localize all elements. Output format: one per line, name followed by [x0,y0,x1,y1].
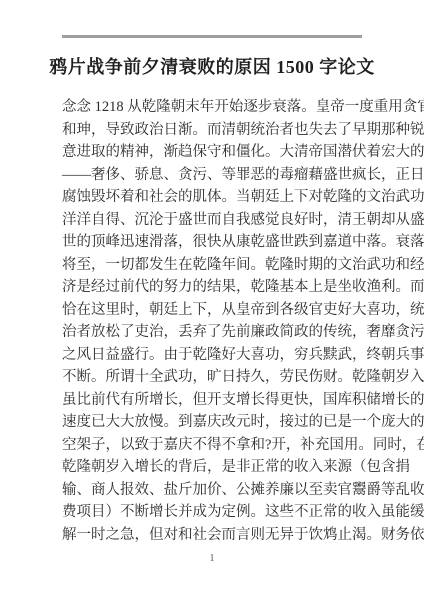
text-line: 治者放松了吏治，丢弃了先前廉政简政的传统，奢靡贪污 [62,321,363,344]
document-page: 鸦片战争前夕清衰败的原因 1500 字论文 念念 1218 从乾隆朝末年开始逐步… [0,0,424,600]
text-line: 洋洋自得、沉沦于盛世而自我感觉良好时，清王朝却从盛 [62,209,363,232]
text-line: 输、商人报效、盐斤加价、公摊养廉以至卖官鬻爵等乱收 [62,479,363,502]
text-line: 乾隆朝岁入增长的背后，是非正常的收入来源（包含捐 [62,456,363,479]
document-title: 鸦片战争前夕清衰败的原因 1500 字论文 [30,53,394,79]
text-line: 之风日益盛行。由于乾隆好大喜功，穷兵黩武，终朝兵事 [62,344,363,367]
text-line: 念念 1218 从乾隆朝末年开始逐步衰落。皇帝一度重用贪官 [62,96,363,119]
text-line: ——奢侈、骄息、贪污、等罪恶的毒瘤藉盛世疯长，正日益 [62,164,363,187]
text-line: 不断。所谓十全武功，旷日持久，劳民伤财。乾隆朝岁入 [62,366,363,389]
text-line: 速度已大大放慢。到嘉庆改元时，接过的已是一个庞大的 [62,411,363,434]
text-line: 将至，一切都发生在乾隆年间。乾隆时期的文治武功和经 [62,254,363,277]
text-line: 恰在这里时，朝廷上下，从皇帝到各级官吏好大喜功，统 [62,299,363,322]
text-line: 解一时之急，但对和社会而言则无异于饮鸩止渴。财务依 [62,524,363,547]
page-number: 1 [0,553,424,564]
text-line: 世的顶峰迅速滑落，很快从康乾盛世跌到嘉道中落。衰落 [62,231,363,254]
page-top-divider [62,35,362,38]
text-line: 空架子，以致于嘉庆不得不拿和?开，补充国用。同时，在 [62,434,363,457]
text-line: 济是经过前代的努力的结果，乾隆基本上是坐收渔利。而 [62,276,363,299]
text-line: 腐蚀毁坏着和社会的肌体。当朝廷上下对乾隆的文治武功 [62,186,363,209]
text-line: 虽比前代有所增长，但开支增长得更快，国库积储增长的 [62,389,363,412]
text-line: 和珅，导致政治日渐。而清朝统治者也失去了早期那种锐 [62,119,363,142]
document-body: 念念 1218 从乾隆朝末年开始逐步衰落。皇帝一度重用贪官 和珅，导致政治日渐。… [62,96,363,546]
text-line: 费项目）不断增长并成为定例。这些不正常的收入虽能缓 [62,501,363,524]
text-line: 意进取的精神，渐趋保守和僵化。大清帝国潜伏着宏大的— [62,141,363,164]
